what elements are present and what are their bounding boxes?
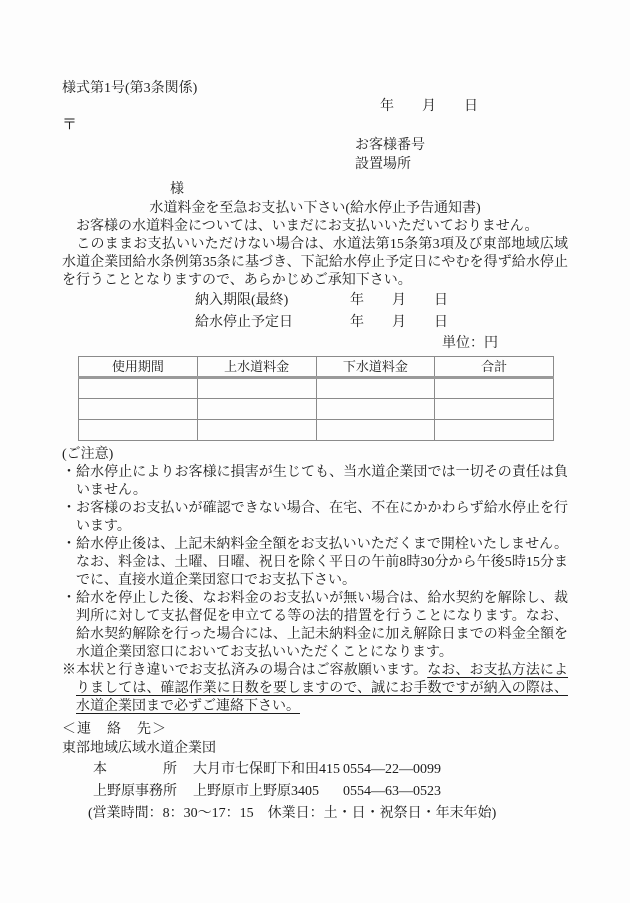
payment-deadline-date: 年 月 日 bbox=[350, 293, 448, 308]
supply-stop-date-row: 給水停止予定日年 月 日 bbox=[195, 312, 568, 334]
note-item: ・給水を停止した後、なお料金のお支払いが無い場合は、給水契約を解除し、裁判所に対… bbox=[62, 590, 568, 662]
office-address: 上野原市上野原3405 bbox=[193, 781, 343, 803]
table-row bbox=[79, 399, 554, 420]
notes-title: (ご注意) bbox=[62, 446, 568, 464]
office-name: 本 所 bbox=[93, 759, 193, 781]
note-item: ※本状と行き違いでお支払済みの場合はご容赦願います。なお、お支払方法によりまして… bbox=[62, 662, 568, 716]
col-header-sewer-charge: 下水道料金 bbox=[316, 357, 435, 378]
notice-page: 様式第1号(第3条関係) 年 月 日 〒 お客様番号 設置場所 様 水道料金を至… bbox=[0, 0, 630, 903]
note-item: ・給水停止後は、上記未納料金全額をお支払いいただくまで開栓いたしません。なお、料… bbox=[62, 536, 568, 590]
office-address: 大月市七保町下和田415 bbox=[193, 759, 343, 781]
table-cell bbox=[197, 420, 316, 441]
installation-location-label: 設置場所 bbox=[355, 155, 568, 174]
table-cell bbox=[316, 378, 435, 399]
office-name: 上野原事務所 bbox=[93, 781, 193, 803]
payment-deadline-row: 納入期限(最終)年 月 日 bbox=[195, 290, 568, 312]
table-cell bbox=[197, 399, 316, 420]
office-row: 上野原事務所上野原市上野原34050554―63―0523 bbox=[93, 781, 568, 803]
addressee-suffix: 様 bbox=[170, 181, 568, 199]
customer-number-label: お客様番号 bbox=[355, 136, 568, 155]
organization-name: 東部地域広域水道企業団 bbox=[62, 739, 568, 759]
supply-stop-date-label: 給水停止予定日 bbox=[195, 312, 350, 334]
col-header-water-charge: 上水道料金 bbox=[197, 357, 316, 378]
business-hours: (営業時間：8：30～17：15 休業日：土・日・祝祭日・年末年始) bbox=[88, 803, 568, 825]
table-row bbox=[79, 378, 554, 399]
note-lead: ※本状と行き違いでお支払済みの場合はご容赦願います。 bbox=[62, 663, 427, 678]
office-row: 本 所大月市七保町下和田4150554―22―0099 bbox=[93, 759, 568, 781]
table-cell bbox=[197, 378, 316, 399]
unit-label: 単位：円 bbox=[62, 335, 568, 353]
table-cell bbox=[435, 420, 554, 441]
issue-date-line: 年 月 日 bbox=[62, 98, 568, 116]
office-phone: 0554―22―0099 bbox=[343, 762, 441, 777]
col-header-usage-period: 使用期間 bbox=[79, 357, 198, 378]
table-cell bbox=[79, 378, 198, 399]
table-header-row: 使用期間 上水道料金 下水道料金 合計 bbox=[79, 357, 554, 378]
notes-section: (ご注意) ・給水停止によりお客様に損害が生じても、当水道企業団では一切その責任… bbox=[62, 446, 568, 716]
payment-deadline-label: 納入期限(最終) bbox=[195, 290, 350, 312]
office-phone: 0554―63―0523 bbox=[343, 784, 441, 799]
table-cell bbox=[79, 399, 198, 420]
note-item: ・お客様のお支払いが確認できない場合、在宅、不在にかかわらず給水停止を行います。 bbox=[62, 500, 568, 536]
table-row bbox=[79, 420, 554, 441]
note-item: ・給水停止によりお客様に損害が生じても、当水道企業団では一切その責任は負いません… bbox=[62, 464, 568, 500]
col-header-total: 合計 bbox=[435, 357, 554, 378]
table-cell bbox=[79, 420, 198, 441]
form-label: 様式第1号(第3条関係) bbox=[62, 80, 568, 98]
charges-table: 使用期間 上水道料金 下水道料金 合計 bbox=[78, 356, 554, 441]
contact-section: ＜連 絡 先＞ 東部地域広域水道企業団 本 所大月市七保町下和田4150554―… bbox=[62, 721, 568, 825]
intro-paragraph: お客様の水道料金については、いまだにお支払いいただいておりません。 bbox=[62, 218, 568, 236]
postal-mark: 〒 bbox=[62, 116, 568, 134]
warning-paragraph: このままお支払いいただけない場合は、水道法第15条第3項及び東部地域広域水道企業… bbox=[62, 236, 568, 290]
table-cell bbox=[435, 399, 554, 420]
table-cell bbox=[316, 420, 435, 441]
supply-stop-date-value: 年 月 日 bbox=[350, 315, 448, 330]
contact-heading: ＜連 絡 先＞ bbox=[62, 721, 568, 739]
customer-info-block: お客様番号 設置場所 bbox=[355, 136, 568, 174]
table-cell bbox=[435, 378, 554, 399]
table-cell bbox=[316, 399, 435, 420]
document-title: 水道料金を至急お支払い下さい(給水停止予告通知書) bbox=[62, 200, 568, 218]
